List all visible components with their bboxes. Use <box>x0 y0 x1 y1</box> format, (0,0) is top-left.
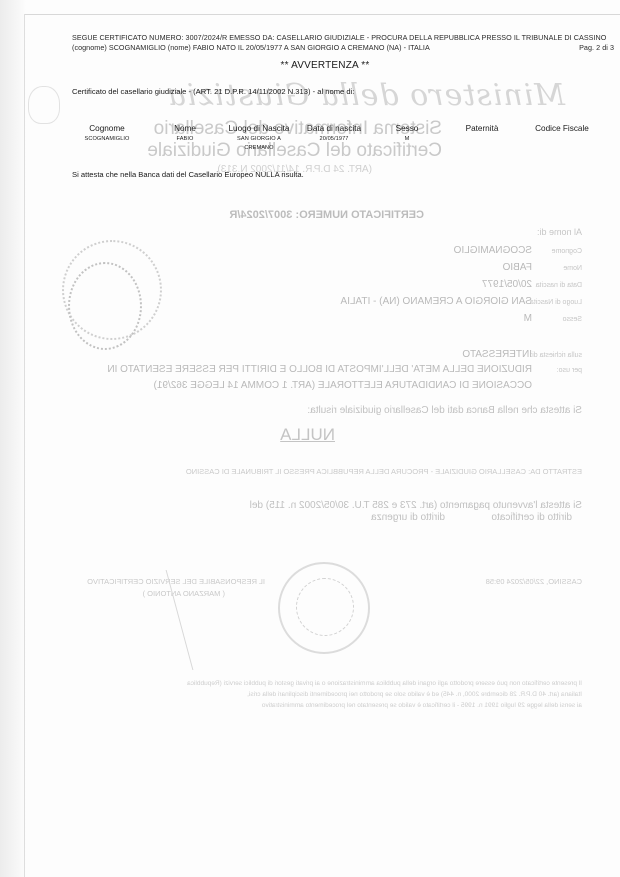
scan-edge-left <box>24 14 25 877</box>
bleed-attest-text: Si attesta che nella Banca dati del Case… <box>307 405 582 416</box>
bleed-stamp-seal-inner <box>68 262 142 350</box>
column-luogo-nascita: Luogo di Nascita SAN GIORGIO A CREMANO <box>222 124 296 153</box>
bleed-footer-line-2: Italiana (art. 40 D.P.R. 28 dicembre 200… <box>247 691 582 698</box>
warning-title: ** AVVERTENZA ** <box>0 60 620 71</box>
european-database-attestation: Si attesta che nella Banca dati del Case… <box>72 170 304 179</box>
bleed-signature <box>106 570 194 670</box>
bleed-footer-line-1: Il presente certificato non può essere p… <box>187 680 582 687</box>
column-header: Data di nascita <box>302 124 366 133</box>
column-value: 20/05/1977 <box>302 135 366 144</box>
bleed-signer-name: ( MARZANO ANTONIO ) <box>143 589 225 598</box>
bleed-field-value: SAN GIORGIO A CREMANO (NA) - ITALIA <box>340 296 532 307</box>
column-header: Sesso <box>385 124 429 133</box>
column-nome: Nome FABIO <box>160 124 210 144</box>
bleed-official-seal <box>278 562 370 654</box>
bleed-payment-opt-1: diritto di certificato <box>491 512 572 523</box>
scan-edge-top <box>24 14 620 15</box>
column-value: SCOGNAMIGLIO <box>72 135 142 144</box>
continuation-header: SEGUE CERTIFICATO NUMERO: 3007/2024/R EM… <box>72 33 606 42</box>
bleed-field-label: Luogo di Nascita <box>530 299 582 306</box>
bleed-request-value: INTERESSATO <box>462 349 532 360</box>
bleed-footer-line-3: ai sensi della legge 29 luglio 1991 n. 1… <box>262 702 582 709</box>
bleed-use-line-2: OCCASIONE DI CANDIDATURA ELETTORALE (ART… <box>154 380 532 391</box>
bleed-at-name-label: Al nome di: <box>537 227 582 237</box>
column-header: Paternità <box>455 124 509 133</box>
column-value: M <box>385 135 429 144</box>
bleed-field-value: SCOGNAMIGLIO <box>454 245 532 256</box>
column-value: SAN GIORGIO A CREMANO <box>235 135 283 153</box>
column-sesso: Sesso M <box>385 124 429 144</box>
bleed-field-label: Data di nascita <box>536 282 582 289</box>
bleed-signer-role: IL RESPONSABILE DEL SERVIZIO CERTIFICATI… <box>87 577 265 586</box>
column-header: Cognome <box>72 124 142 133</box>
bleed-field-value: M <box>524 313 532 324</box>
bleed-extract-line: ESTRATTO DA: CASELLARIO GIUDIZIALE - PRO… <box>186 467 582 476</box>
column-header: Codice Fiscale <box>528 124 596 133</box>
column-data-nascita: Data di nascita 20/05/1977 <box>302 124 366 144</box>
column-header: Luogo di Nascita <box>222 124 296 133</box>
bleed-official-seal-inner <box>296 578 354 636</box>
bleed-result: NULLA <box>280 425 335 445</box>
bleed-payment-opt-2: diritto di urgenza <box>371 512 445 523</box>
page-number: Pag. 2 di 3 <box>579 43 614 52</box>
column-paternita: Paternità <box>455 124 509 135</box>
bleed-field-value: FABIO <box>503 262 532 273</box>
republic-emblem-icon <box>28 86 60 124</box>
bleed-request-label: sulla richiesta di: <box>530 352 582 359</box>
column-cognome: Cognome SCOGNAMIGLIO <box>72 124 142 144</box>
column-codice-fiscale: Codice Fiscale <box>528 124 596 135</box>
bleed-field-label: Cognome <box>552 248 582 255</box>
scanned-page: Ministero della Giustizia Sistema Inform… <box>0 0 620 877</box>
bleed-use-line-1: RIDUZIONE DELLA META' DELL'IMPOSTA DI BO… <box>107 364 532 375</box>
scan-shadow <box>0 0 26 877</box>
bleed-field-label: Sesso <box>563 316 582 323</box>
column-header: Nome <box>160 124 210 133</box>
bleed-stamp-seal <box>62 240 162 340</box>
subject-header: (cognome) SCOGNAMIGLIO (nome) FABIO NATO… <box>72 43 614 52</box>
bleed-cert-number: CERTIFICATO NUMERO: 3007/2024/R <box>229 209 424 221</box>
bleed-field-label: Nome <box>563 265 582 272</box>
column-value: FABIO <box>160 135 210 144</box>
bleed-use-label: per uso: <box>557 367 582 374</box>
bleed-place-date: CASSINO, 22/05/2024 09:58 <box>486 577 582 586</box>
subject-line: (cognome) SCOGNAMIGLIO (nome) FABIO NATO… <box>72 43 430 52</box>
bleed-field-value: 20/05/1977 <box>482 279 532 290</box>
certificate-intro: Certificato del casellario giudiziale - … <box>72 87 354 96</box>
bleed-payment-line: Si attesta l'avvenuto pagamento (art. 27… <box>250 500 582 511</box>
